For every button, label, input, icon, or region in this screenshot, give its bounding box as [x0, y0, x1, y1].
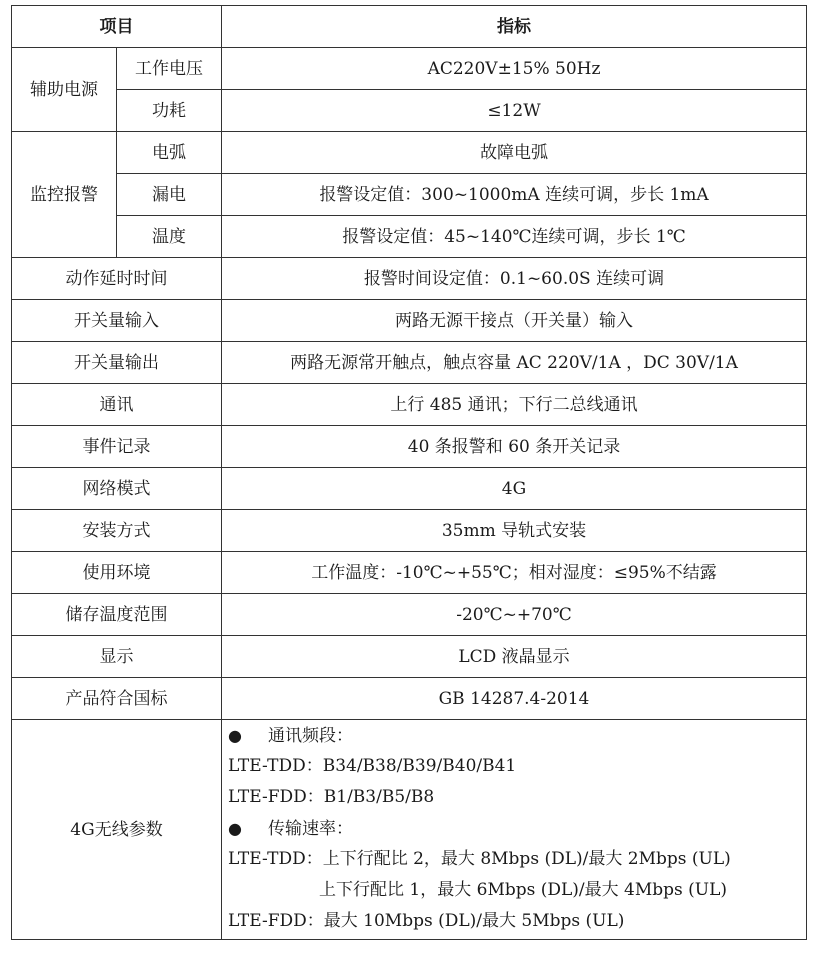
spec-value: ≤12W: [222, 90, 807, 132]
sub-label: 电弧: [117, 132, 222, 174]
bullet-icon: ●: [228, 720, 268, 751]
spec-value: -20℃~+70℃: [222, 594, 807, 636]
table-row: 漏电 报警设定值：300~1000mA 连续可调，步长 1mA: [12, 174, 807, 216]
row-label: 动作延时时间: [12, 258, 222, 300]
wireless-line: ●通讯频段：: [228, 720, 806, 751]
table-row: 显示 LCD 液晶显示: [12, 636, 807, 678]
table-row: 使用环境 工作温度：-10℃~+55℃；相对湿度：≤95%不结露: [12, 552, 807, 594]
spec-value: 两路无源常开触点，触点容量 AC 220V/1A ，DC 30V/1A: [222, 342, 807, 384]
row-label: 产品符合国标: [12, 678, 222, 720]
spec-value: 报警设定值：45~140℃连续可调，步长 1℃: [222, 216, 807, 258]
row-label: 事件记录: [12, 426, 222, 468]
row-label: 安装方式: [12, 510, 222, 552]
spec-value: 故障电弧: [222, 132, 807, 174]
header-item: 项目: [12, 6, 222, 48]
group-label: 监控报警: [12, 132, 117, 258]
row-label: 通讯: [12, 384, 222, 426]
spec-table: 项目 指标 辅助电源 工作电压 AC220V±15% 50Hz 功耗 ≤12W …: [11, 5, 807, 940]
spec-value: LCD 液晶显示: [222, 636, 807, 678]
group-label: 辅助电源: [12, 48, 117, 132]
row-label: 4G无线参数: [12, 720, 222, 940]
spec-value: 4G: [222, 468, 807, 510]
wireless-line-text: 通讯频段：: [268, 726, 353, 746]
sub-label: 工作电压: [117, 48, 222, 90]
table-row: 辅助电源 工作电压 AC220V±15% 50Hz: [12, 48, 807, 90]
spec-value: 报警时间设定值：0.1~60.0S 连续可调: [222, 258, 807, 300]
spec-value: 上行 485 通讯；下行二总线通讯: [222, 384, 807, 426]
wireless-line: LTE-TDD：B34/B38/B39/B40/B41: [228, 751, 806, 782]
table-row: 开关量输出 两路无源常开触点，触点容量 AC 220V/1A ，DC 30V/1…: [12, 342, 807, 384]
table-row: 功耗 ≤12W: [12, 90, 807, 132]
sub-label: 漏电: [117, 174, 222, 216]
table-row-wireless: 4G无线参数 ●通讯频段： LTE-TDD：B34/B38/B39/B40/B4…: [12, 720, 807, 940]
table-row: 安装方式 35mm 导轨式安装: [12, 510, 807, 552]
header-spec: 指标: [222, 6, 807, 48]
wireless-line: LTE-FDD：最大 10Mbps (DL)/最大 5Mbps (UL): [228, 906, 806, 937]
table-row: 产品符合国标 GB 14287.4-2014: [12, 678, 807, 720]
row-label: 显示: [12, 636, 222, 678]
spec-value: 工作温度：-10℃~+55℃；相对湿度：≤95%不结露: [222, 552, 807, 594]
row-label: 开关量输出: [12, 342, 222, 384]
wireless-params: ●通讯频段： LTE-TDD：B34/B38/B39/B40/B41 LTE-F…: [222, 720, 807, 940]
table-row: 网络模式 4G: [12, 468, 807, 510]
table-row: 事件记录 40 条报警和 60 条开关记录: [12, 426, 807, 468]
wireless-line: 上下行配比 1，最大 6Mbps (DL)/最大 4Mbps (UL): [228, 875, 806, 906]
sub-label: 温度: [117, 216, 222, 258]
table-row: 监控报警 电弧 故障电弧: [12, 132, 807, 174]
row-label: 开关量输入: [12, 300, 222, 342]
bullet-icon: ●: [228, 813, 268, 844]
spec-value: GB 14287.4-2014: [222, 678, 807, 720]
row-label: 使用环境: [12, 552, 222, 594]
header-row: 项目 指标: [12, 6, 807, 48]
table-row: 通讯 上行 485 通讯；下行二总线通讯: [12, 384, 807, 426]
table-row: 温度 报警设定值：45~140℃连续可调，步长 1℃: [12, 216, 807, 258]
wireless-line: LTE-TDD：上下行配比 2，最大 8Mbps (DL)/最大 2Mbps (…: [228, 844, 806, 875]
row-label: 网络模式: [12, 468, 222, 510]
table-row: 开关量输入 两路无源干接点（开关量）输入: [12, 300, 807, 342]
spec-value: 报警设定值：300~1000mA 连续可调，步长 1mA: [222, 174, 807, 216]
wireless-line-text: 传输速率：: [268, 819, 353, 839]
sub-label: 功耗: [117, 90, 222, 132]
spec-value: 两路无源干接点（开关量）输入: [222, 300, 807, 342]
table-row: 储存温度范围 -20℃~+70℃: [12, 594, 807, 636]
wireless-line: ●传输速率：: [228, 813, 806, 844]
spec-value: AC220V±15% 50Hz: [222, 48, 807, 90]
table-row: 动作延时时间 报警时间设定值：0.1~60.0S 连续可调: [12, 258, 807, 300]
spec-value: 35mm 导轨式安装: [222, 510, 807, 552]
row-label: 储存温度范围: [12, 594, 222, 636]
spec-value: 40 条报警和 60 条开关记录: [222, 426, 807, 468]
wireless-line: LTE-FDD：B1/B3/B5/B8: [228, 782, 806, 813]
